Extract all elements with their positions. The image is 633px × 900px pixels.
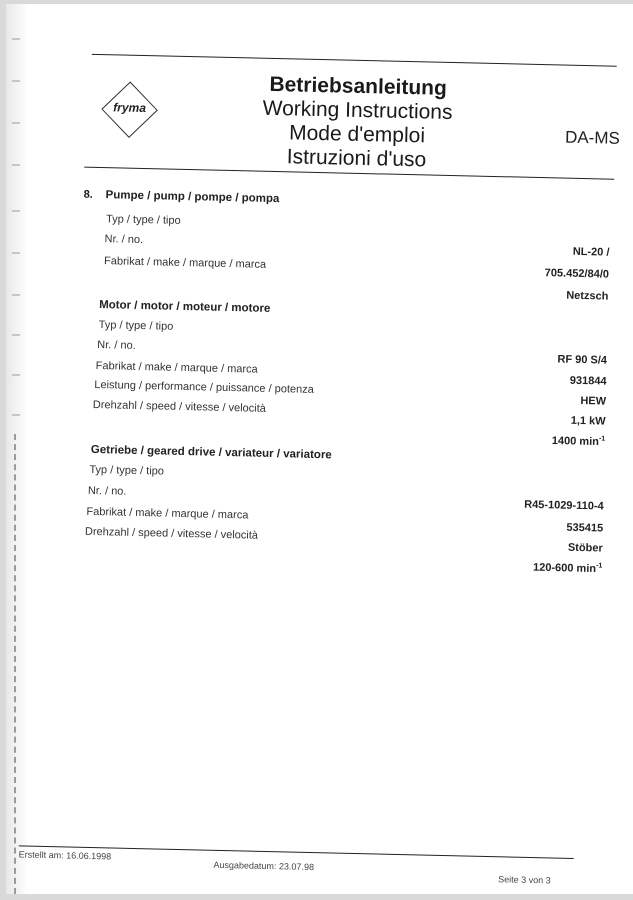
issue-date: Ausgabedatum: 23.07.98 (213, 860, 314, 872)
row-value: 1,1 kW (571, 415, 606, 428)
speed-value: 1400 min (552, 435, 599, 448)
row-value: HEW (580, 395, 606, 408)
row-label: Nr. / no. (97, 339, 136, 352)
fryma-logo: fryma (103, 83, 156, 136)
row-value: 705.452/84/0 (545, 267, 609, 280)
row-label: Typ / type / tipo (89, 464, 164, 478)
row-value: R45-1029-110-4 (524, 499, 604, 513)
unit-exponent: -1 (596, 562, 602, 569)
row-value: 535415 (566, 522, 603, 535)
row-value: Netzsch (566, 290, 608, 303)
unit-exponent: -1 (599, 435, 605, 442)
row-label: Fabrikat / make / marque / marca (104, 255, 266, 271)
page-number: Seite 3 von 3 (498, 874, 551, 885)
title-it: Istruzioni d'uso (236, 144, 476, 173)
row-label: Drehzahl / speed / vitesse / velocità (93, 399, 266, 415)
group-title-geared-drive: Getriebe / geared drive / variateur / va… (91, 444, 332, 461)
row-label: Fabrikat / make / marque / marca (86, 506, 248, 522)
row-value: 1400 min-1 (552, 434, 606, 448)
row-label: Drehzahl / speed / vitesse / velocità (85, 526, 258, 542)
section-number: 8. (83, 189, 92, 201)
row-label: Typ / type / tipo (99, 319, 174, 333)
row-label: Typ / type / tipo (106, 213, 181, 227)
row-value: Stöber (568, 542, 603, 555)
speed-value: 120-600 min (533, 562, 596, 575)
group-title-pump: Pumpe / pump / pompe / pompa (105, 189, 279, 205)
doc-code: DA-MS (565, 128, 620, 149)
row-value: NL-20 / (573, 246, 610, 259)
row-label: Nr. / no. (88, 485, 127, 498)
row-label: Leistung / performance / puissance / pot… (94, 379, 314, 396)
row-value: 931844 (570, 375, 607, 388)
scanned-page: fryma Betriebsanleitung Working Instruct… (6, 4, 633, 894)
group-title-motor: Motor / motor / moteur / motore (99, 299, 270, 315)
row-value: 120-600 min-1 (533, 561, 602, 575)
document-titles: Betriebsanleitung Working Instructions M… (236, 72, 478, 173)
header-top-rule (92, 54, 617, 67)
created-date: Erstellt am: 16.06.1998 (19, 849, 112, 861)
row-value: RF 90 S/4 (557, 353, 607, 366)
row-label: Nr. / no. (104, 233, 143, 246)
document-content: fryma Betriebsanleitung Working Instruct… (6, 4, 633, 894)
row-label: Fabrikat / make / marque / marca (96, 360, 258, 376)
